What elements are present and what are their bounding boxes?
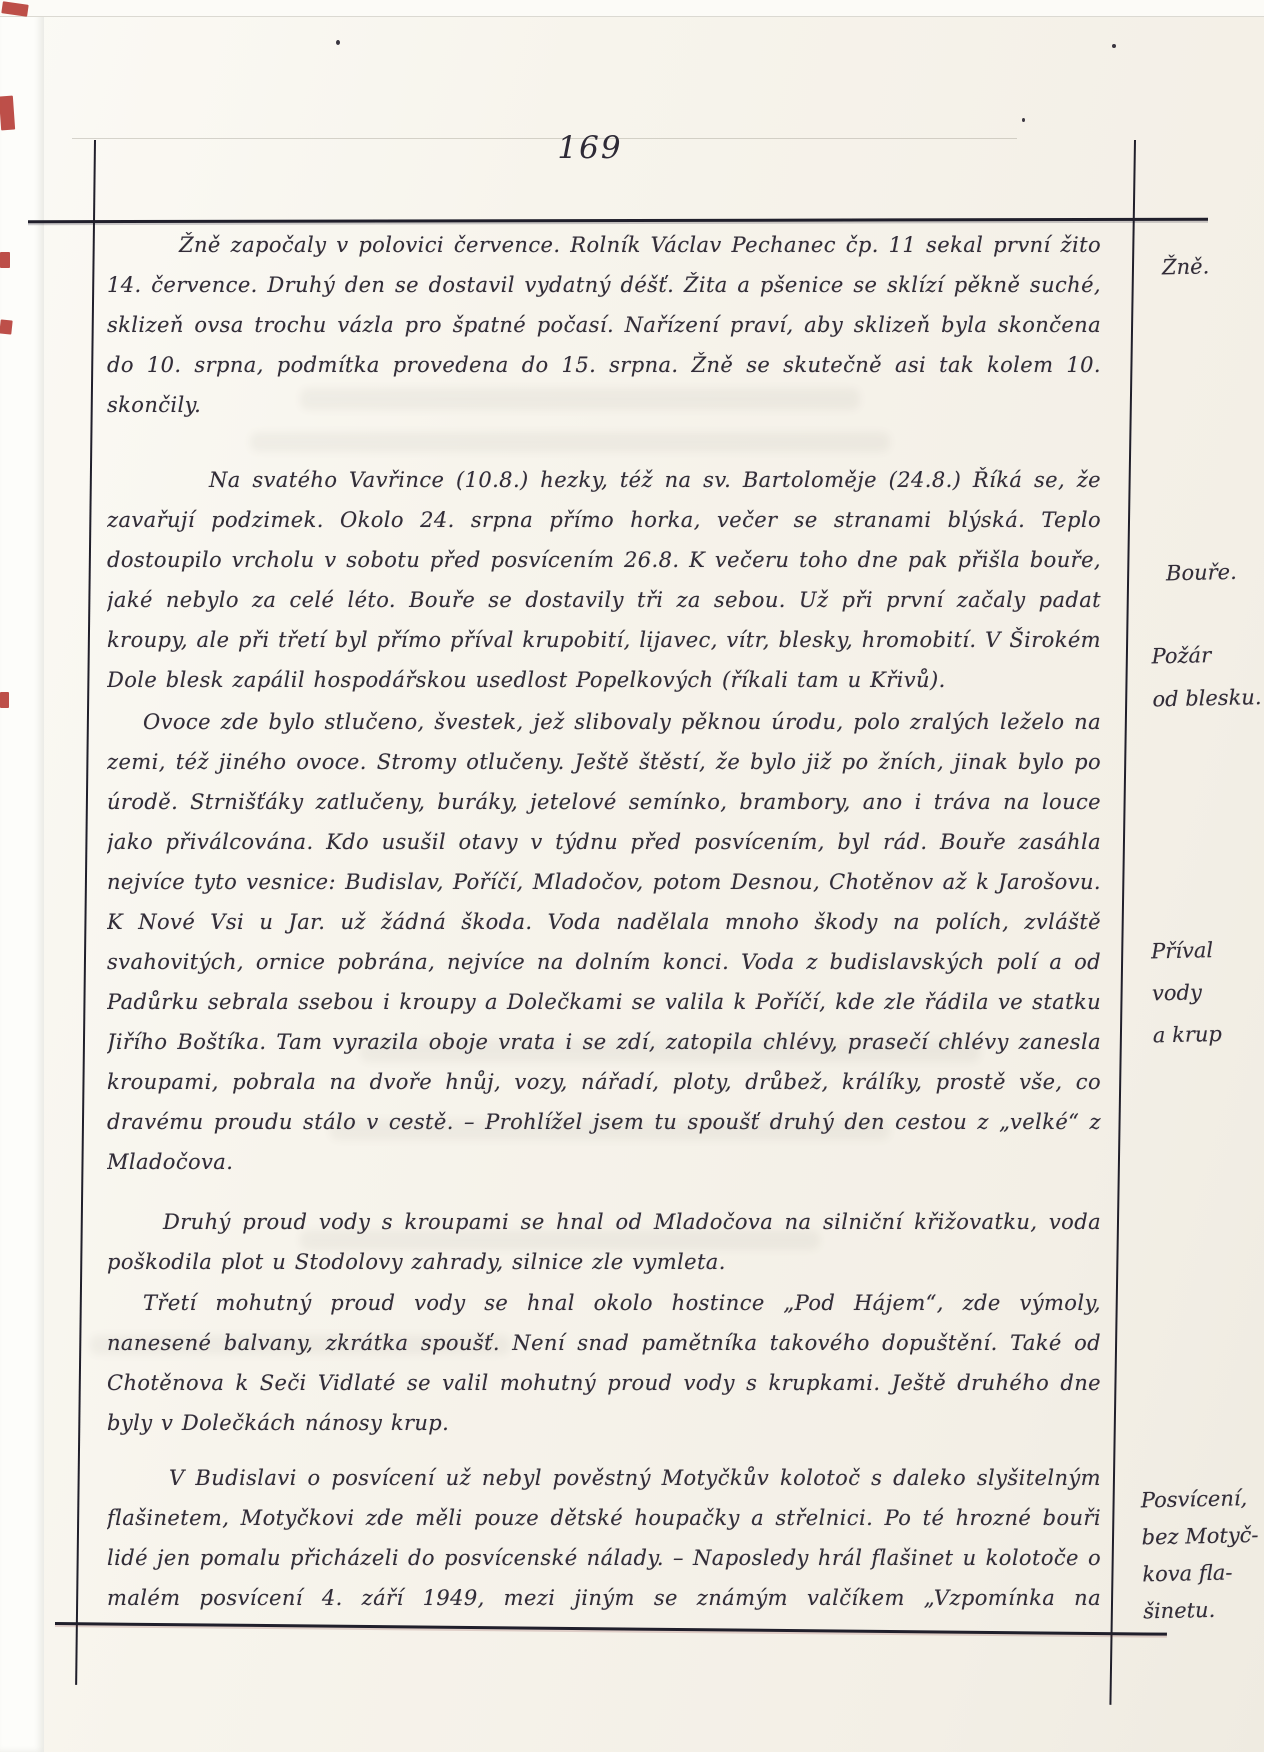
paragraph-third-flood: Třetí mohutný proud vody se hnal okolo h…	[107, 1283, 1101, 1455]
margin-note-line: šinetu.	[1143, 1591, 1264, 1631]
scan-artifact-red	[0, 692, 9, 708]
left-margin-rule	[75, 140, 96, 1685]
margin-note-line: Požár	[1151, 633, 1264, 679]
page-number: 169	[0, 130, 1180, 166]
paragraph-feast: V Budislavi o posvícení už nebyl pověstn…	[107, 1458, 1101, 1620]
scan-artifact-red	[0, 319, 13, 334]
margin-note-line: vody	[1152, 970, 1264, 1015]
paragraph-second-flood: Druhý proud vody s kroupami se hnal od M…	[107, 1202, 1101, 1282]
margin-note-line: Příval	[1151, 928, 1264, 973]
scan-top-edge	[0, 0, 1264, 17]
paragraph-storm: Na svatého Vavřince (10.8.) hezky, též n…	[107, 460, 1101, 700]
margin-note-line: a krup	[1152, 1012, 1264, 1057]
margin-note-line: bez Motyč-	[1141, 1517, 1264, 1557]
margin-note-posviceni: Posvícení, bez Motyč- kova fla- šinetu.	[1140, 1480, 1264, 1631]
ink-speck	[336, 40, 340, 45]
scan-artifact-red	[0, 252, 10, 268]
bottom-rule	[55, 1622, 1167, 1636]
margin-note-boure: Bouře.	[1166, 551, 1264, 594]
right-margin-rule	[1109, 140, 1136, 1705]
top-rule	[28, 218, 1208, 223]
scan-artifact-red	[0, 96, 15, 131]
ink-speck	[1022, 118, 1025, 122]
margin-note-line: Žně.	[1162, 245, 1264, 288]
margin-note-zne: Žně.	[1162, 245, 1264, 288]
margin-note-line: Posvícení,	[1140, 1480, 1264, 1520]
paragraph-harvest: Žně započaly v polovici července. Rolník…	[107, 225, 1101, 457]
ink-speck	[1112, 44, 1116, 48]
margin-note-pozar: Požár od blesku.	[1151, 633, 1264, 722]
margin-note-prival: Příval vody a krup	[1151, 928, 1264, 1057]
margin-note-line: od blesku.	[1152, 676, 1264, 722]
margin-note-line: kova fla-	[1142, 1554, 1264, 1594]
paragraph-damage: Ovoce zde bylo stlučeno, švestek, jež sl…	[107, 702, 1101, 1198]
margin-note-line: Bouře.	[1166, 551, 1264, 594]
scanned-chronicle-page: 169 Žně započaly v polovici července. Ro…	[0, 0, 1264, 1752]
